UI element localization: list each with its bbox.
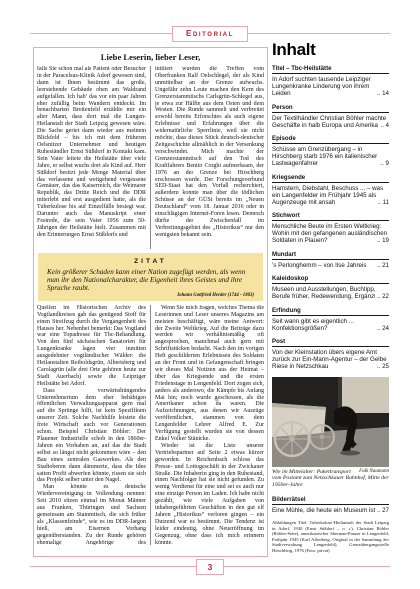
toc-section-text: Von der Kleinstation übers eigene Amt zu… (272, 349, 389, 370)
column-divider (150, 305, 151, 545)
table-of-contents: Inhalt Titel – Tbc-Heilstätte In Adorf s… (272, 40, 389, 553)
toc-section: Kriegsende Hamstern, Diebstahl, Beschuss… (272, 174, 389, 206)
letter-salutation: Liebe Leserin, lieber Leser, (37, 52, 264, 62)
toc-section-heading: Titel – Tbc-Heilstätte (272, 65, 389, 74)
letter-paragraph: Wieder ist die Liste unserer Vertriebspa… (155, 443, 264, 545)
toc-entry: Hamstern, Diebstahl, Beschuss ... – was … (272, 185, 383, 206)
toc-section-text: Der Textilhändler Christian Böhler macht… (272, 115, 389, 129)
letter-column-right: initiiert wurden die Treffen vom Oberfra… (155, 66, 264, 249)
toc-section: Post Von der Kleinstation übers eigene A… (272, 338, 389, 370)
letter-paragraph: Quellen im Historischen Archiv des Vogtl… (37, 305, 146, 388)
toc-entry: Von der Kleinstation übers eigene Amt zu… (272, 349, 387, 370)
toc-page-number: .. 14 (375, 90, 389, 97)
toc-section: Person Der Textilhändler Christian Böhle… (272, 104, 389, 129)
toc-entry: In Adorf suchten tausende Leipziger Lung… (272, 76, 371, 97)
letter-paragraph: Wenn Sie mich fragen, welches Thema die … (155, 305, 264, 443)
toc-section: Titel – Tbc-Heilstätte In Adorf suchten … (272, 65, 389, 97)
letter-columns-bottom: Quellen im Historischen Archiv des Vogtl… (37, 305, 264, 545)
toc-page-number: .. 27 (375, 507, 389, 514)
column-divider (150, 66, 151, 249)
letter-paragraph: Man könnte es deutsche Wiedervereinigung… (37, 484, 146, 544)
toc-page-number: .. 25 (375, 363, 389, 370)
toc-page-number: .. 11 (375, 199, 389, 206)
quote-attribution: Johann Gottfried Herder (1744 - 1803) (47, 293, 254, 298)
toc-page-number: .. 22 (375, 293, 389, 300)
editorial-letter-box: Liebe Leserin, lieber Leser, falls Sie s… (33, 47, 268, 557)
toc-entry: Der Textilhändler Christian Böhler macht… (272, 115, 386, 129)
toc-entry: Museen und Ausstellungen, Buchtipp, Beru… (272, 286, 384, 300)
toc-section-text: In Adorf suchten tausende Leipziger Lung… (272, 76, 389, 97)
toc-section-text: Museen und Ausstellungen, Buchtipp, Beru… (272, 286, 389, 300)
toc-section-heading: Episode (272, 135, 389, 144)
page-section-label: Editorial (172, 26, 248, 42)
quote-title: ZITAT (47, 258, 254, 265)
magazine-editorial-page: Editorial Liebe Leserin, lieber Leser, f… (0, 0, 420, 589)
toc-section-text: Schüsse am Grenzübergang – in Hirschberg… (272, 146, 389, 167)
toc-section-heading: Stichwort (272, 212, 389, 221)
toc-entry: Schüsse am Grenzübergang – in Hirschberg… (272, 146, 377, 167)
toc-section-text: Seit wann gibt es eigentlich ... Konfekt… (272, 318, 389, 332)
toc-section: Erfindung Seit wann gibt es eigentlich .… (272, 307, 389, 332)
toc-section: Kaleidoskop Museen und Ausstellungen, Bu… (272, 275, 389, 300)
toc-section-heading: Mundart (272, 251, 389, 260)
toc-entry: Menschliche Beute im Ersten Weltkrieg: W… (272, 223, 387, 244)
letter-columns-top: falls Sie schon mal als Patient oder Bes… (37, 66, 264, 249)
toc-section-text: ’s Perlonghemm – von Ilse Jahreis.. 21 (272, 262, 389, 269)
letter-column-right: Wenn Sie mich fragen, welches Thema die … (155, 305, 264, 545)
toc-page-number: .. 4 (378, 122, 389, 129)
toc-section-text: Hamstern, Diebstahl, Beschuss ... – was … (272, 185, 389, 206)
toc-page-number: .. 19 (375, 237, 389, 244)
toc-section-heading: Kaleidoskop (272, 275, 389, 284)
toc-title: Inhalt (272, 40, 389, 60)
toc-section: Bilderrätsel Eine Mühle, die heute ein M… (272, 496, 389, 514)
letter-column-left: Quellen im Historischen Archiv des Vogtl… (37, 305, 146, 545)
toc-entry: Seit wann gibt es eigentlich ... Konfekt… (272, 318, 354, 332)
quote-box: ZITAT Kein größerer Schaden kann einer N… (38, 253, 263, 301)
toc-page-number: .. 24 (375, 325, 389, 332)
cover-image-credits: Abbildungen Titel: Tuberkulose-Heilansta… (272, 520, 389, 553)
toc-section-heading: Kriegsende (272, 174, 389, 183)
toc-section: Stichwort Menschliche Beute im Ersten We… (272, 212, 389, 244)
toc-section: Episode Schüsse am Grenzübergang – in Hi… (272, 135, 389, 167)
photo-caption: Falk Naumann Wie im Mittelalter: Pakettr… (272, 469, 389, 489)
toc-section-heading: Post (272, 338, 389, 347)
page-number: 3 (196, 559, 224, 575)
toc-section-heading: Bilderrätsel (272, 496, 389, 505)
toc-entry: Eine Mühle, die heute ein Museum ist (272, 507, 375, 514)
quote-text: Kein größerer Schaden kann einer Nation … (47, 268, 254, 292)
handcart-photo (272, 377, 389, 467)
letter-paragraph: Dass vorwärtsdrängendes Unternehmertum d… (37, 388, 146, 485)
toc-section-heading: Erfindung (272, 307, 389, 316)
toc-page-number: .. 9 (378, 160, 389, 167)
toc-section: Mundart ’s Perlonghemm – von Ilse Jahrei… (272, 251, 389, 269)
toc-entry: ’s Perlonghemm – von Ilse Jahreis (272, 262, 366, 269)
letter-paragraph: falls Sie schon mal als Patient oder Bes… (37, 66, 146, 239)
toc-section-text: Eine Mühle, die heute ein Museum ist.. 2… (272, 507, 389, 514)
letter-column-left: falls Sie schon mal als Patient oder Bes… (37, 66, 146, 249)
letter-paragraph: initiiert wurden die Treffen vom Oberfra… (155, 66, 264, 239)
toc-section-text: Menschliche Beute im Ersten Weltkrieg: W… (272, 223, 389, 244)
toc-section-heading: Person (272, 104, 389, 113)
toc-page-number: .. 21 (375, 262, 389, 269)
